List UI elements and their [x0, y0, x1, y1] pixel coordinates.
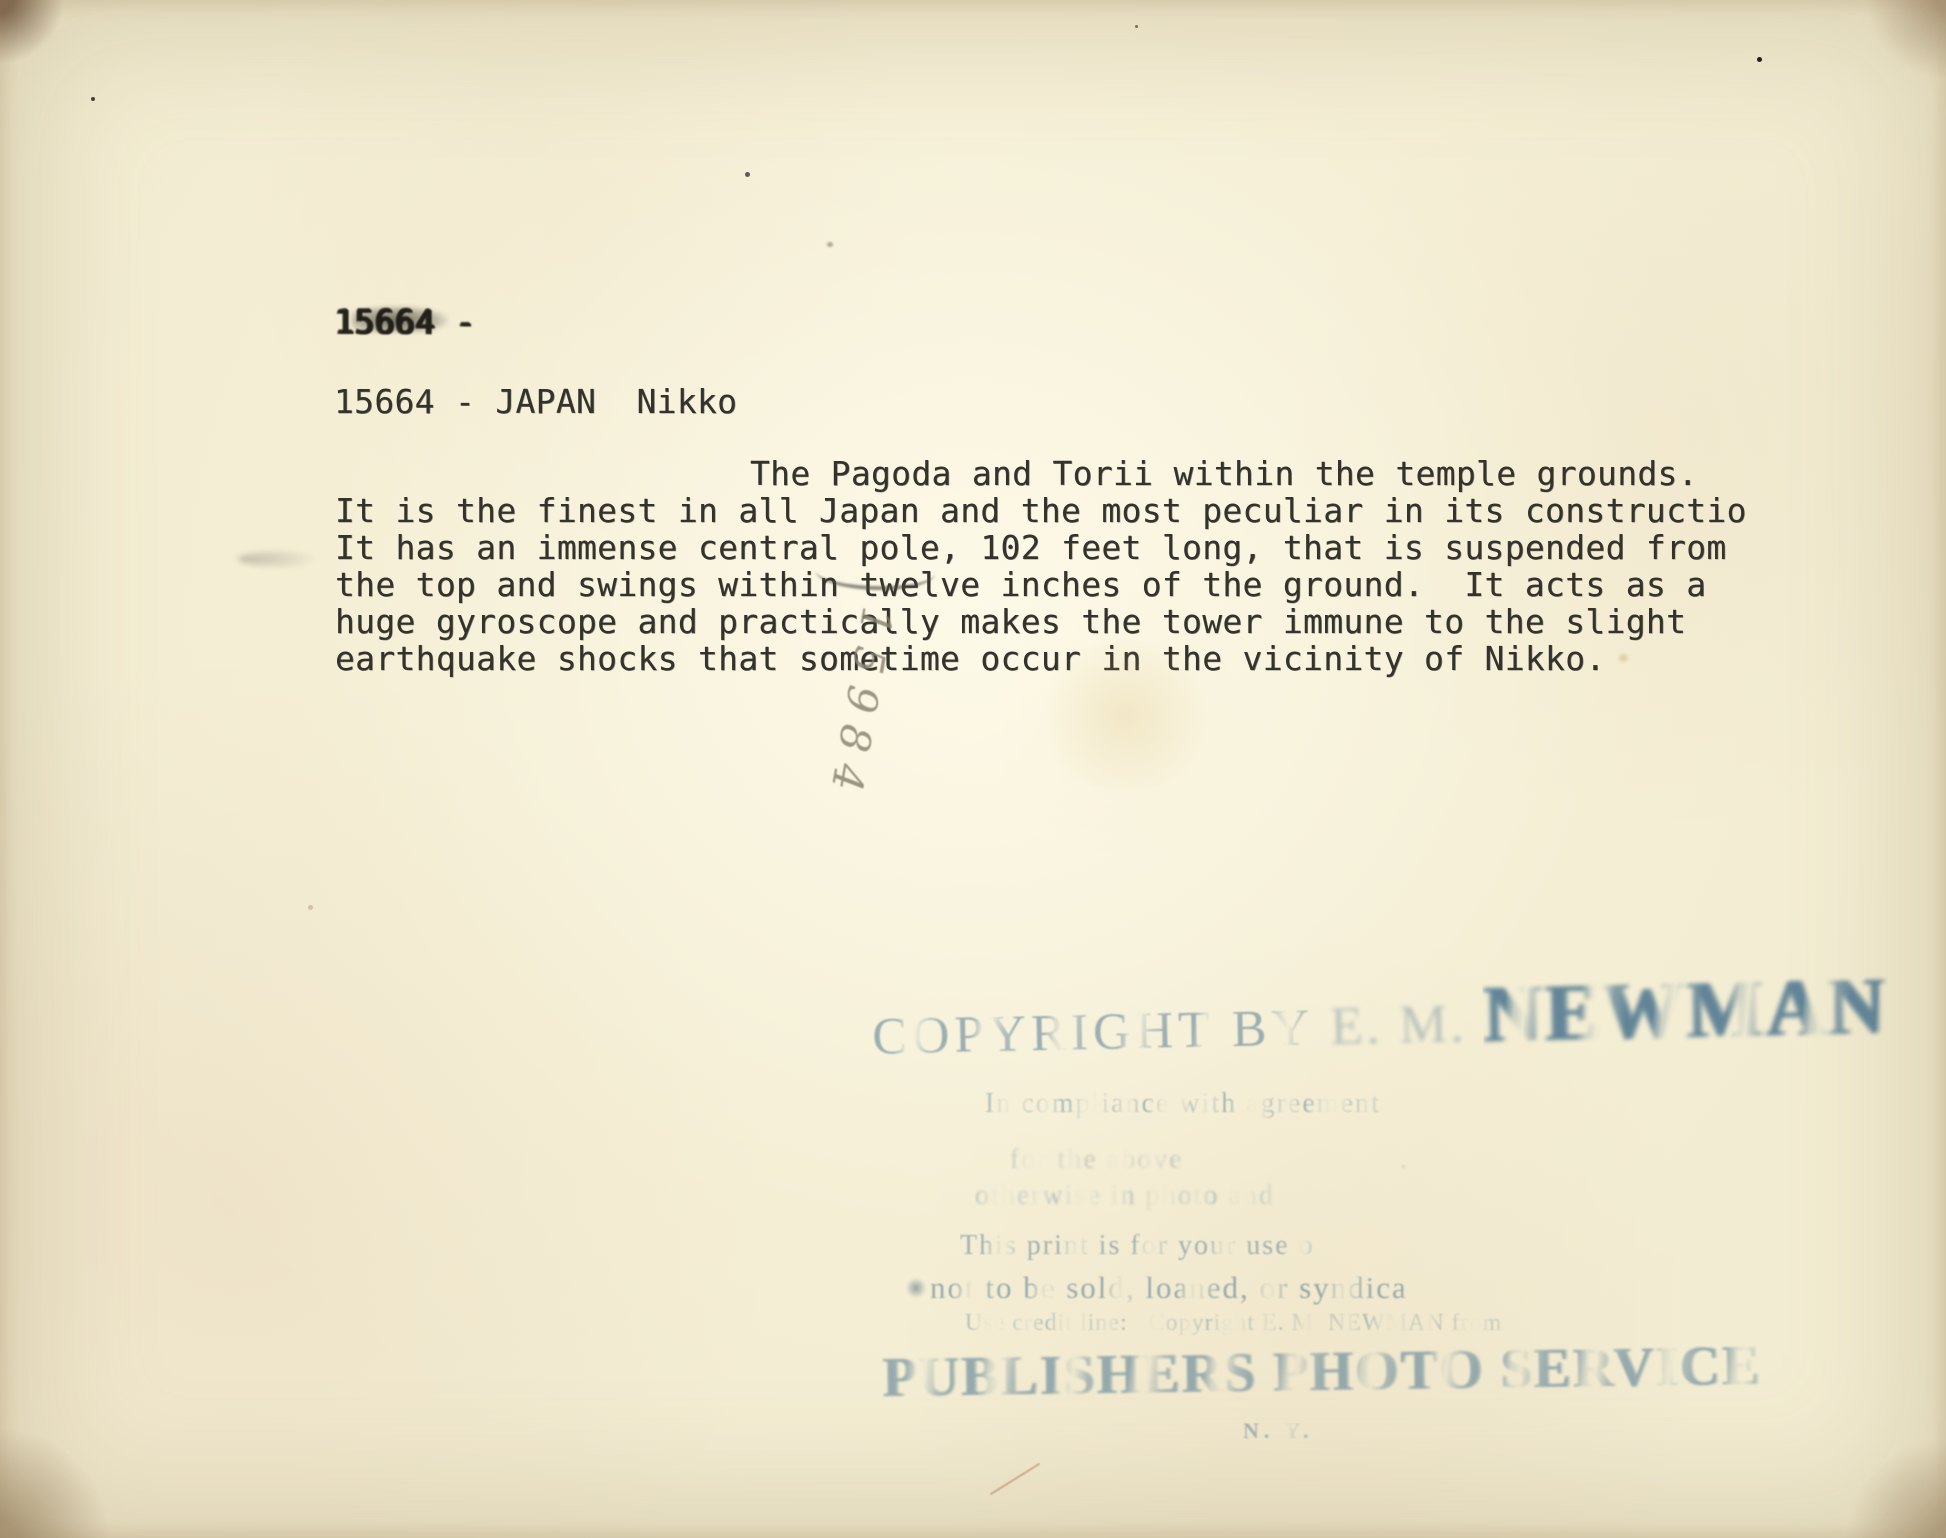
- stamp-copyright-prefix: COPYRIGHT BY: [872, 998, 1331, 1067]
- ink-smudge: [352, 306, 448, 332]
- paper-speck: [91, 97, 95, 101]
- stamp-body-line: otherwise in photo and: [975, 1180, 1275, 1212]
- stamp-copyright-line: COPYRIGHT BY E. M. NEWMAN: [871, 961, 1890, 1073]
- stamp-copyright-initials: E. M.: [1329, 992, 1483, 1057]
- caption-title: 15664 - JAPAN Nikko: [334, 383, 737, 420]
- pencil-smear: [238, 552, 318, 566]
- caption-paragraph-line: It has an immense central pole, 102 feet…: [335, 529, 1727, 566]
- caption-paragraph-line: earthquake shocks that sometime occur in…: [335, 640, 1606, 677]
- caption-paragraph-line: It is the finest in all Japan and the mo…: [335, 492, 1747, 529]
- stamp-ink-blob: [905, 1278, 927, 1298]
- caption-paragraph-line: the top and swings within twelve inches …: [335, 566, 1706, 603]
- paper-scratch: [990, 1463, 1040, 1495]
- stamp-publisher-name: PUBLISHERS PHOTO SERVICE: [882, 1334, 1762, 1410]
- paper-speck: [745, 172, 750, 177]
- stamp-city: N. Y.: [1243, 1418, 1313, 1444]
- stamp-body-line: In compliance with agreement: [985, 1088, 1381, 1120]
- paper-stain: [1030, 640, 1220, 790]
- stamp-body-line: not to be sold, loaned, or syndica: [930, 1270, 1408, 1306]
- caption-paragraph-line: huge gyroscope and practically makes the…: [335, 603, 1686, 640]
- paper-speck: [1135, 25, 1138, 28]
- stamp-body-line: This print is for your use o: [960, 1230, 1315, 1262]
- caption-paragraph-line: The Pagoda and Torii within the temple g…: [335, 455, 1698, 492]
- paper-speck: [827, 242, 833, 247]
- paper-speck: [1757, 57, 1762, 62]
- stamp-body-line: for the above .: [1010, 1144, 1409, 1176]
- caption-card-scan: 15664 - 15664 - JAPAN Nikko The Pagoda a…: [0, 0, 1946, 1538]
- paper-speck: [308, 905, 313, 910]
- paper-speck: [1619, 654, 1628, 662]
- stamp-copyright-name: NEWMAN: [1482, 961, 1890, 1060]
- stamp-credit-line: Use credit line: Copyright E. M. NEWMAN …: [965, 1310, 1502, 1337]
